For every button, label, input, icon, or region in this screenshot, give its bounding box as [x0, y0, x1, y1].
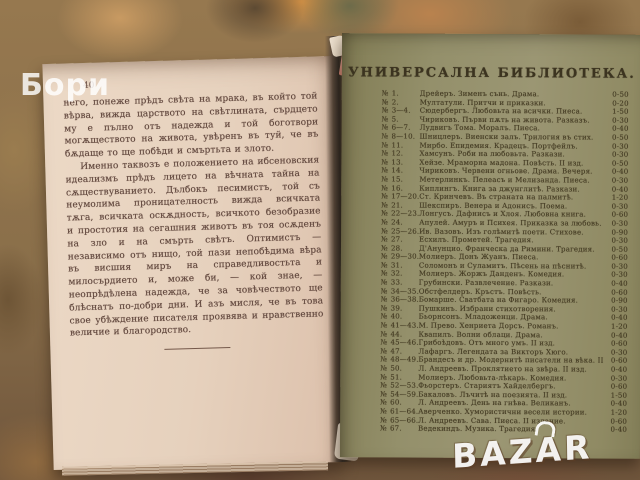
item-number: 32.: [391, 270, 419, 279]
item-price: 0-40: [604, 314, 628, 323]
item-number: 41—43.: [391, 322, 419, 331]
item-number: 8—10.: [392, 132, 420, 141]
numero-sign: №: [380, 407, 390, 416]
item-number: 25—26.: [391, 227, 419, 236]
numero-sign: №: [380, 339, 390, 348]
item-number: 52—53.: [390, 382, 418, 391]
numero-sign: №: [381, 193, 391, 202]
item-number: 5.: [392, 115, 420, 124]
item-price: 1-20: [603, 409, 627, 418]
item-number: 48—49.: [390, 356, 418, 365]
item-number: 60.: [390, 399, 418, 408]
numero-sign: №: [380, 347, 390, 356]
item-number: 61—64.: [390, 407, 418, 416]
item-number: 17—20.: [391, 193, 419, 202]
numero-sign: №: [381, 287, 391, 296]
item-number: 15.: [391, 175, 419, 184]
photo-of-open-book: 40 него, понеже прѣдъ свѣта на мрака, въ…: [0, 0, 640, 480]
numero-sign: №: [380, 390, 390, 399]
item-price: 0-60: [603, 357, 627, 366]
item-number: 16.: [391, 184, 419, 193]
item-price: 0-40: [604, 168, 628, 177]
item-number: 36—38.: [391, 296, 419, 305]
item-number: 40.: [391, 313, 419, 322]
numero-sign: №: [381, 175, 391, 184]
numero-sign: №: [381, 218, 391, 227]
numero-sign: №: [381, 150, 391, 159]
item-price: 1-20: [604, 323, 628, 332]
item-number: 2.: [392, 98, 420, 107]
item-price: 0-30: [604, 202, 628, 211]
item-number: 24.: [391, 218, 419, 227]
item-price: 0-60: [603, 417, 627, 426]
item-number: 45—46.: [390, 339, 418, 348]
item-number: 12.: [391, 150, 419, 159]
numero-sign: №: [381, 261, 391, 270]
item-price: 0-30: [604, 219, 628, 228]
item-price: 0-30: [605, 142, 629, 151]
item-number: 29—30.: [391, 253, 419, 262]
numero-sign: №: [381, 236, 391, 245]
item-price: 0-60: [603, 383, 627, 392]
numero-sign: №: [380, 356, 390, 365]
numero-sign: №: [382, 124, 392, 133]
item-price: 0-50: [605, 134, 629, 143]
item-number: 67.: [390, 425, 418, 434]
item-price: 0-40: [604, 280, 628, 289]
item-number: 6—7.: [392, 124, 420, 133]
numero-sign: №: [382, 115, 392, 124]
catalog-list: № 1. Дрейеръ. Зименъ сънь. Драма. 0-50 №…: [340, 80, 640, 434]
left-book-page: 40 него, понеже прѣдъ свѣта на мрака, въ…: [42, 56, 343, 470]
numero-sign: №: [382, 89, 392, 98]
item-price: 1-20: [604, 194, 628, 203]
numero-sign: №: [381, 184, 391, 193]
item-number: 21.: [391, 201, 419, 210]
numero-sign: №: [381, 304, 391, 313]
item-number: 14.: [391, 167, 419, 176]
watermark-bori: Бори: [20, 68, 110, 103]
numero-sign: №: [380, 382, 390, 391]
item-number: 50.: [390, 364, 418, 373]
item-price: 0-40: [603, 366, 627, 375]
numero-sign: №: [382, 107, 392, 116]
numero-sign: №: [381, 227, 391, 236]
item-price: 0-40: [604, 185, 628, 194]
item-price: 0-90: [604, 297, 628, 306]
paragraph: Именно таквозъ е положението на ибсеновс…: [65, 154, 324, 340]
item-price: 0-30: [604, 262, 628, 271]
numero-sign: №: [382, 98, 392, 107]
item-price: 0-20: [605, 99, 629, 108]
numero-sign: №: [381, 244, 391, 253]
item-price: 0-30: [604, 177, 628, 186]
numero-sign: №: [381, 321, 391, 330]
item-number: 22—23.: [391, 210, 419, 219]
item-price: 0-30: [604, 271, 628, 280]
item-price: 0-30: [604, 151, 628, 160]
numero-sign: №: [380, 364, 390, 373]
numero-sign: №: [381, 201, 391, 210]
item-price: 0-30: [603, 348, 627, 357]
item-price: 1-50: [605, 108, 629, 117]
numero-sign: №: [381, 253, 391, 262]
numero-sign: №: [382, 132, 392, 141]
item-price: 0-30: [603, 374, 627, 383]
numero-sign: №: [382, 141, 392, 150]
item-price: 0-40: [603, 400, 627, 409]
item-price: 0-40: [604, 331, 628, 340]
numero-sign: №: [381, 167, 391, 176]
numero-sign: №: [381, 313, 391, 322]
item-price: 0-50: [604, 245, 628, 254]
right-book-page: УНИВЕРСАЛНА БИБЛИОТЕКА. № 1. Дрейеръ. Зи…: [340, 33, 640, 459]
numero-sign: №: [381, 270, 391, 279]
numero-sign: №: [381, 278, 391, 287]
item-number: 3—4.: [392, 107, 420, 116]
item-number: 1.: [392, 89, 420, 98]
item-number: 11.: [392, 141, 420, 150]
item-number: 33.: [391, 279, 419, 288]
numero-sign: №: [380, 373, 390, 382]
item-number: 51.: [390, 373, 418, 382]
numero-sign: №: [380, 416, 390, 425]
numero-sign: №: [381, 296, 391, 305]
item-price: 0-60: [604, 288, 628, 297]
item-price: 0-60: [603, 340, 627, 349]
item-price: 0-50: [605, 91, 629, 100]
item-price: 0-60: [604, 254, 628, 263]
numero-sign: №: [380, 399, 390, 408]
item-number: 27.: [391, 236, 419, 245]
item-price: 0-40: [603, 426, 627, 435]
item-number: 28.: [391, 244, 419, 253]
numero-sign: №: [381, 210, 391, 219]
item-number: 31.: [391, 261, 419, 270]
item-price: 0-40: [605, 125, 629, 134]
item-number: 54—59.: [390, 390, 418, 399]
numero-sign: №: [381, 330, 391, 339]
item-number: 65—66.: [390, 416, 418, 425]
catalog-title: УНИВЕРСАЛНА БИБЛИОТЕКА.: [342, 65, 640, 82]
item-number: 34—35.: [391, 287, 419, 296]
item-price: 0-60: [604, 211, 628, 220]
section-divider: [164, 347, 230, 350]
item-price: 0-30: [604, 237, 628, 246]
numero-sign: №: [381, 158, 391, 167]
item-price: 0-90: [604, 228, 628, 237]
numero-sign: №: [380, 425, 390, 434]
